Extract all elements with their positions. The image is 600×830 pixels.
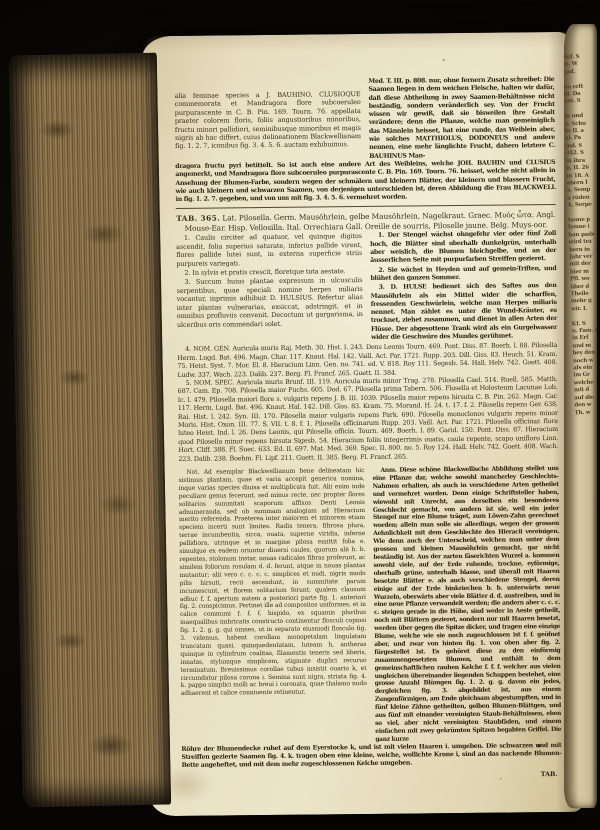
page-stain [442,59,445,61]
description-german-item: 2. Sie wächst in Heyden und auf gemein-T… [370,265,556,284]
description-german-item: 3. D. HULSE bedienet sich des Saftes aus… [371,282,558,342]
continuation-latin: alia feminae species a J. BAUHINO, CLUSI… [175,90,362,163]
book-page: alia feminae species a J. BAUHINO, CLUSI… [142,32,586,817]
next-page-edge: Auf. S m. W Lad. im erſt id. Da ant. S m… [564,24,597,808]
continuation-full-width: dragora fructu pyri betittelt. So ist au… [175,159,555,204]
page-stain [537,744,540,747]
tab-heading-names: Lat. Pilosella. Germ. Mausöhrlein, gelbe… [185,210,556,233]
next-page-text-fragments: Auf. S m. W Lad. im erſt id. Da ant. S m… [564,24,597,417]
description-row: 1. Caulis circiter ad quatuor, vel quinq… [176,230,557,345]
page-content: alia feminae species a J. BAUHINO, CLUSI… [174,76,561,782]
book-foredge [9,53,171,808]
anmerkung-full-width: Röhre der Blumendecke ruhet auf dem Eyer… [181,742,561,771]
nom-gen-citations: 4. NOM. GEN. Auricula muris Raj. Meth. 3… [177,341,557,379]
section-divider-rule [176,204,556,209]
page-top-shade [142,32,578,53]
nom-spec-citations: 5. NOM. SPEC. Auricula muris Brunf. III.… [178,375,559,463]
description-german-item: 1. Der Stengel wächst ohngefehr vier ode… [370,230,556,265]
description-latin-item: 3. Succum huius plantae expressum in ulc… [176,276,363,328]
anmerkung-german: Anm. Diese schöne Blackwellische Abbildu… [372,465,561,744]
tab-number: TAB. 365. [176,214,220,223]
book-photo: { "continuation": { "latin": "alia femin… [0,0,600,830]
nota-latin: Not. Ad exemplar Blackwellianum bene del… [178,467,367,746]
description-latin-column: 1. Caulis circiter ad quatuor, vel quinq… [176,232,363,345]
catchword: TAB. [182,770,562,782]
description-german-column: 1. Der Stengel wächst ohngefehr vier ode… [370,230,557,343]
description-latin-item: 1. Caulis circiter ad quatuor, vel quinq… [176,232,362,268]
page-stain [500,778,502,780]
continuation-row: alia feminae species a J. BAUHINO, CLUSI… [174,76,555,163]
continuation-german: Med. T. III. p. 808. nur, ohne fernern Z… [368,76,555,161]
notes-row: Not. Ad exemplar Blackwellianum bene del… [178,465,561,746]
